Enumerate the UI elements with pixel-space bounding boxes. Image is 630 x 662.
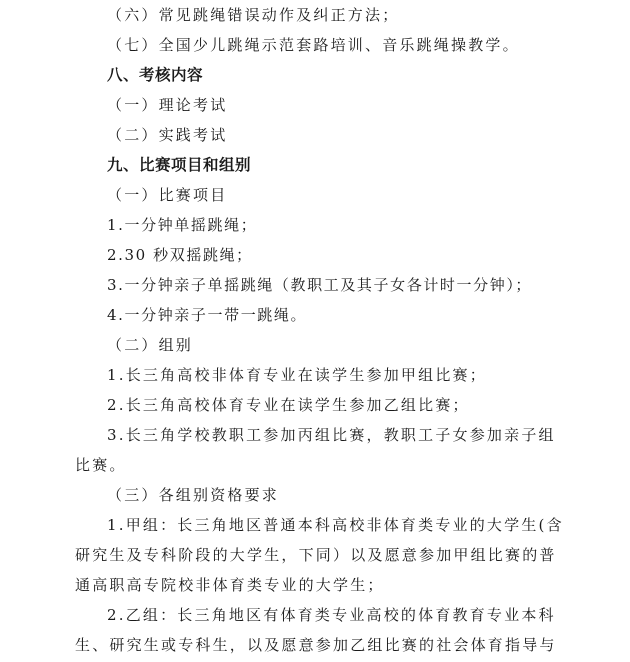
group-item-3-continued: 比赛。 <box>75 450 559 480</box>
list-item-practice-exam: （二）实践考试 <box>75 120 559 150</box>
event-item-3: 3.一分钟亲子单摇跳绳（教职工及其子女各计时一分钟）； <box>75 270 559 300</box>
subheading-eligibility: （三）各组别资格要求 <box>75 480 559 510</box>
eligibility-group-a-continued-1: 研究生及专科阶段的大学生，下同）以及愿意参加甲组比赛的普 <box>75 540 559 570</box>
list-item-correction-methods: （六）常见跳绳错误动作及纠正方法； <box>75 0 559 30</box>
eligibility-group-a: 1.甲组：长三角地区普通本科高校非体育类专业的大学生(含 <box>75 510 559 540</box>
list-item-routine-training: （七）全国少儿跳绳示范套路培训、音乐跳绳操教学。 <box>75 30 559 60</box>
group-item-3: 3.长三角学校教职工参加丙组比赛，教职工子女参加亲子组 <box>75 420 559 450</box>
document-body: （六）常见跳绳错误动作及纠正方法； （七）全国少儿跳绳示范套路培训、音乐跳绳操教… <box>75 0 559 660</box>
eligibility-group-b-continued: 生、研究生或专科生，以及愿意参加乙组比赛的社会体育指导与 <box>75 630 559 660</box>
subheading-events: （一）比赛项目 <box>75 180 559 210</box>
section-heading-assessment: 八、考核内容 <box>75 60 559 90</box>
event-item-1: 1.一分钟单摇跳绳； <box>75 210 559 240</box>
event-item-2: 2.30 秒双摇跳绳； <box>75 240 559 270</box>
list-item-theory-exam: （一）理论考试 <box>75 90 559 120</box>
group-item-2: 2.长三角高校体育专业在读学生参加乙组比赛； <box>75 390 559 420</box>
group-item-1: 1.长三角高校非体育专业在读学生参加甲组比赛； <box>75 360 559 390</box>
section-heading-events-groups: 九、比赛项目和组别 <box>75 150 559 180</box>
event-item-4: 4.一分钟亲子一带一跳绳。 <box>75 300 559 330</box>
eligibility-group-b: 2.乙组：长三角地区有体育类专业高校的体育教育专业本科 <box>75 600 559 630</box>
subheading-groups: （二）组别 <box>75 330 559 360</box>
eligibility-group-a-continued-2: 通高职高专院校非体育类专业的大学生； <box>75 570 559 600</box>
